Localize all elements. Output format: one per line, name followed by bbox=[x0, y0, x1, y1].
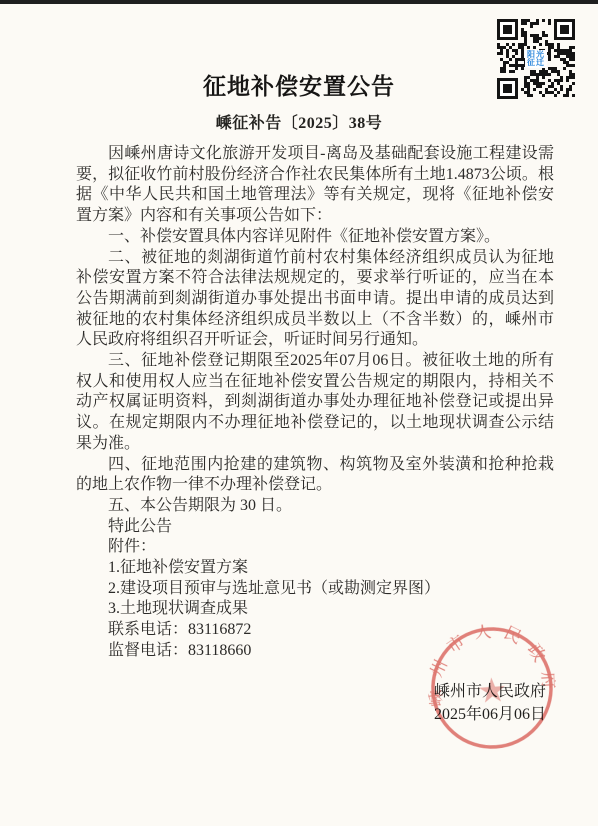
qr-label-line2: 征迁 bbox=[527, 59, 545, 67]
attachments-label: 附件： bbox=[76, 537, 554, 558]
attachment-1: 1.征地补偿安置方案 bbox=[76, 558, 554, 579]
paragraph-item-1: 一、补偿安置具体内容详见附件《征地补偿安置方案》。 bbox=[76, 227, 554, 248]
page-title: 征地补偿安置公告 bbox=[0, 68, 598, 101]
paragraph-item-2: 二、被征地的剡湖街道竹前村农村集体经济组织成员认为征地补偿安置方案不符合法律法规… bbox=[76, 248, 554, 352]
issuer-name: 嵊州市人民政府 bbox=[425, 680, 555, 703]
paragraph-item-3: 三、征地补偿登记期限至2025年07月06日。被征收土地的所有权人和使用权人应当… bbox=[76, 351, 554, 455]
contact-phone: 联系电话：83116872 bbox=[76, 620, 554, 641]
issue-date: 2025年06月06日 bbox=[425, 703, 555, 726]
scan-edge-strip bbox=[0, 0, 598, 4]
attachment-2: 2.建设项目预审与选址意见书（或勘测定界图） bbox=[76, 579, 554, 600]
paragraph-intro: 因嵊州唐诗文化旅游开发项目-离岛及基础配套设施工程建设需要，拟征收竹前村股份经济… bbox=[76, 144, 554, 227]
paragraph-item-5: 五、本公告期限为 30 日。 bbox=[76, 496, 554, 517]
qr-center-label: 阳光 征迁 bbox=[525, 50, 547, 68]
doc-number: 嵊征补告〔2025〕38号 bbox=[0, 110, 598, 133]
announcement-document: 阳光 征迁 征地补偿安置公告 嵊征补告〔2025〕38号 因嵊州唐诗文化旅游开发… bbox=[0, 0, 598, 826]
closing-statement: 特此公告 bbox=[76, 517, 554, 538]
supervision-phone: 监督电话：83118660 bbox=[76, 641, 554, 662]
attachment-3: 3.土地现状调查成果 bbox=[76, 599, 554, 620]
announcement-body: 因嵊州唐诗文化旅游开发项目-离岛及基础配套设施工程建设需要，拟征收竹前村股份经济… bbox=[76, 144, 554, 662]
paragraph-item-4: 四、征地范围内抢建的建筑物、构筑物及室外装潢和抢种抢栽的地上农作物一律不办理补偿… bbox=[76, 455, 554, 496]
signature-block: 嵊州市人民政府 2025年06月06日 bbox=[425, 680, 555, 726]
